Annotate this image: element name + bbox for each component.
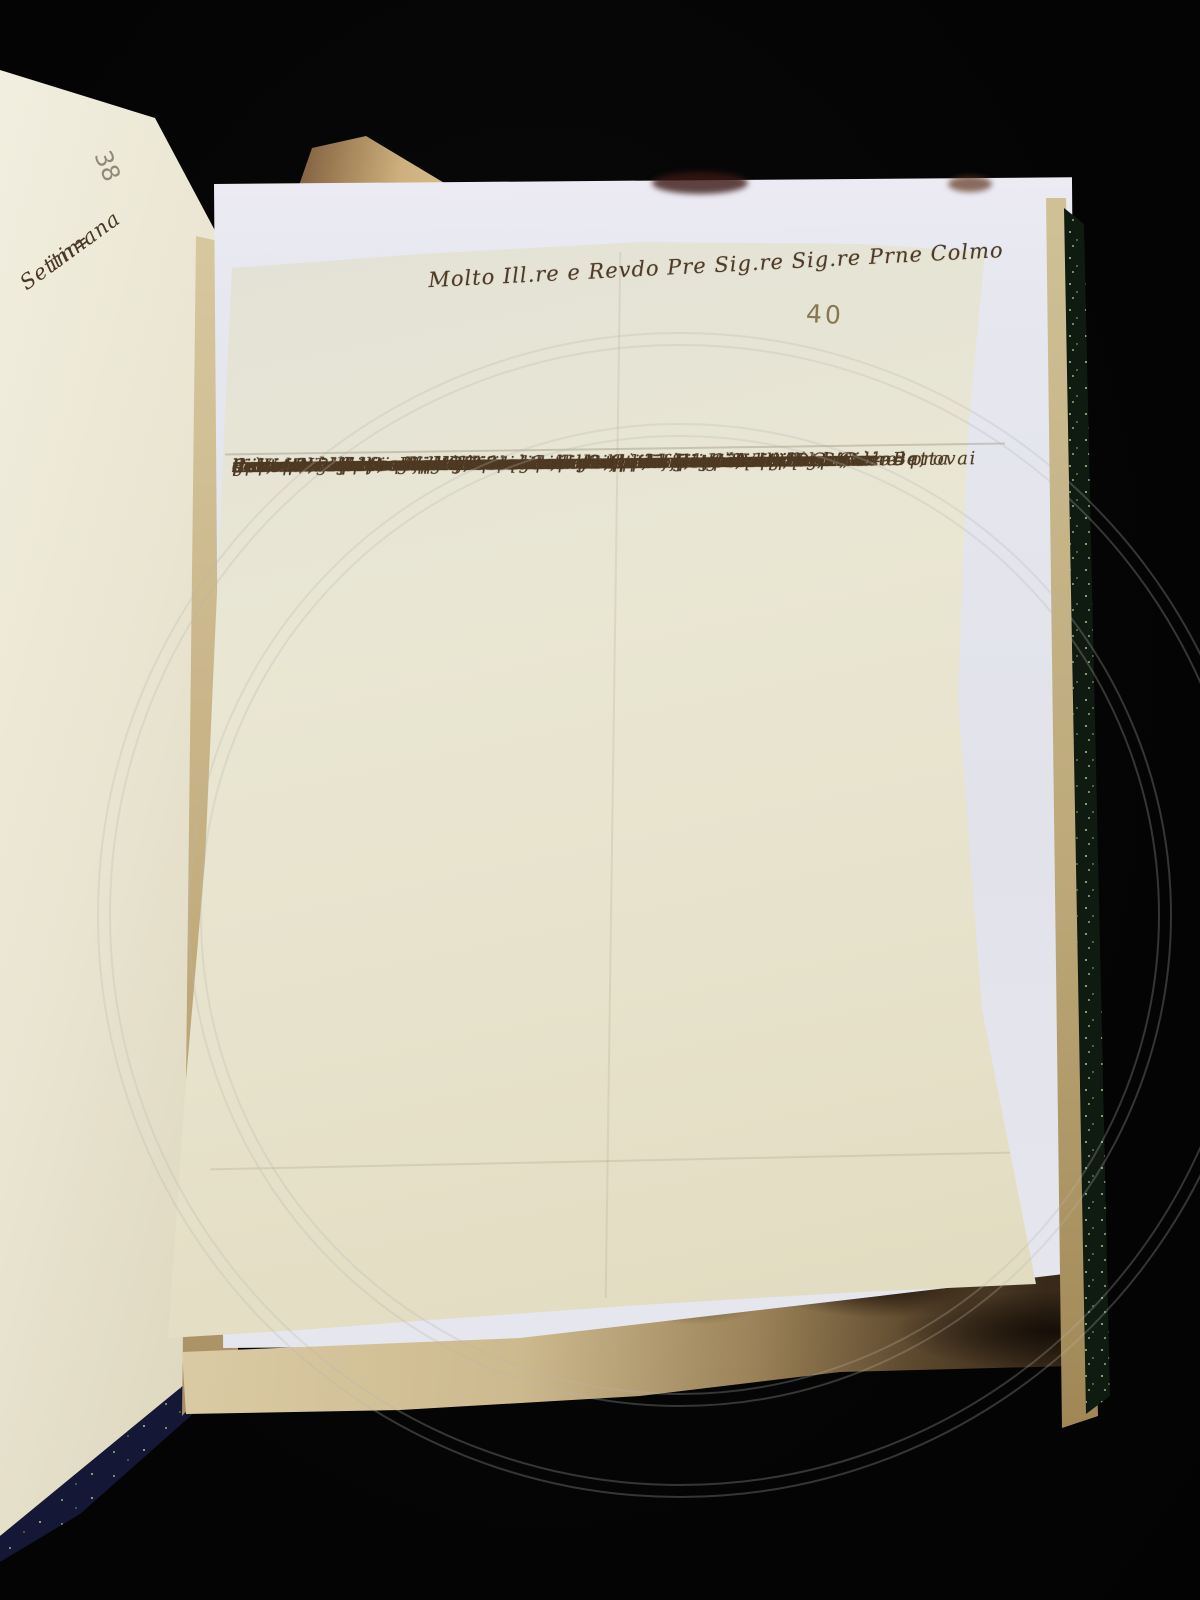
letter-line: oppresso da un fierissimo mal di petto p…: [232, 439, 857, 488]
photo-stage: Settimana im= 38 Molto Ill.re e Revdo Pr…: [0, 0, 1200, 1600]
stain-mark: [948, 176, 992, 192]
letter-folio-number: 40: [805, 299, 844, 330]
stain-mark: [652, 172, 748, 194]
